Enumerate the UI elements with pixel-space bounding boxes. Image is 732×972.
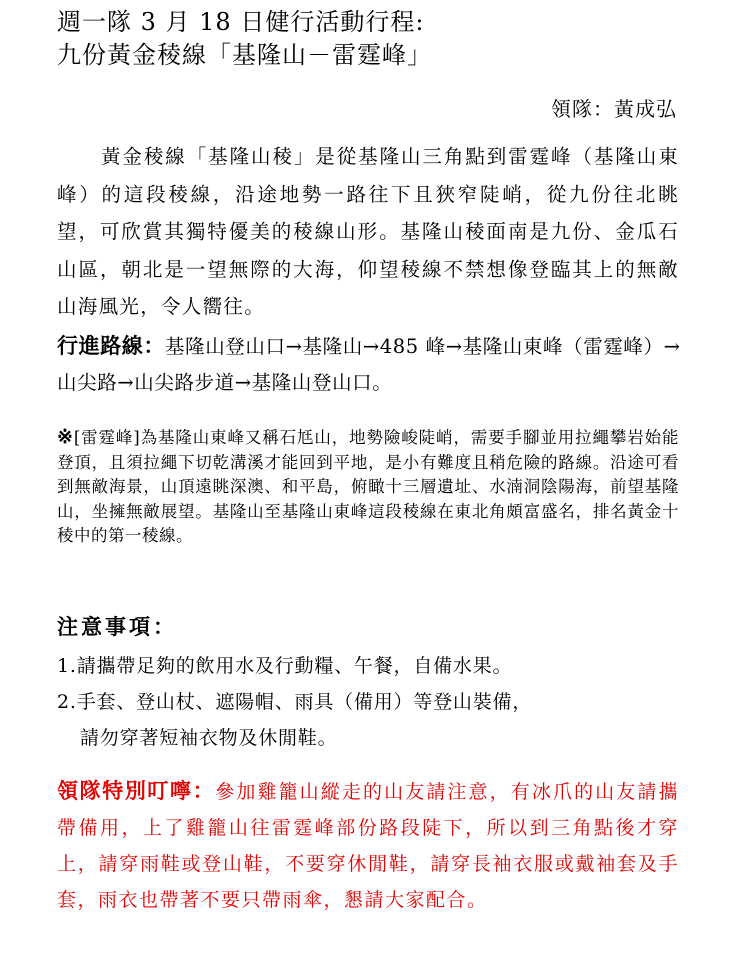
special-reminder-label: 領隊特別叮嚀： (57, 779, 215, 803)
intro-paragraph: 黃金稜線「基隆山稜」是從基隆山三角點到雷霆峰（基隆山東峰）的這段稜線，沿途地勢一… (57, 138, 679, 326)
leader-name: 領隊：黃成弘 (551, 95, 677, 123)
caution-item: 請勿穿著短袖衣物及休閒鞋。 (57, 720, 681, 756)
document-title-line2: 九份黃金稜線「基隆山－雷霆峰」 (57, 39, 432, 72)
note-text: [雷霆峰]為基隆山東峰又稱石尪山，地勢險峻陡峭，需要手腳並用拉繩攀岩始能登頂，且… (57, 428, 679, 545)
caution-item: 1.請攜帶足夠的飲用水及行動糧、午餐，自備水果。 (57, 648, 681, 684)
document-title-line1: 週一隊 3 月 18 日健行活動行程: (57, 6, 424, 39)
note-section: ※[雷霆峰]為基隆山東峰又稱石尪山，地勢險峻陡峭，需要手腳並用拉繩攀岩始能登頂，… (57, 425, 679, 549)
caution-title: 注意事項： (57, 612, 177, 642)
route-section: 行進路線：基隆山登山口→基隆山→485 峰→基隆山東峰（雷霆峰）→山尖路→山尖路… (57, 328, 681, 401)
special-reminder: 領隊特別叮嚀：參加雞籠山縱走的山友請注意，有冰爪的山友請攜帶備用，上了雞籠山往雷… (57, 773, 679, 918)
reference-mark-icon: ※ (57, 426, 74, 448)
caution-list: 1.請攜帶足夠的飲用水及行動糧、午餐，自備水果。 2.手套、登山杖、遮陽帽、雨具… (57, 648, 681, 756)
caution-item: 2.手套、登山杖、遮陽帽、雨具（備用）等登山裝備， (57, 684, 681, 720)
route-label: 行進路線： (57, 334, 165, 358)
